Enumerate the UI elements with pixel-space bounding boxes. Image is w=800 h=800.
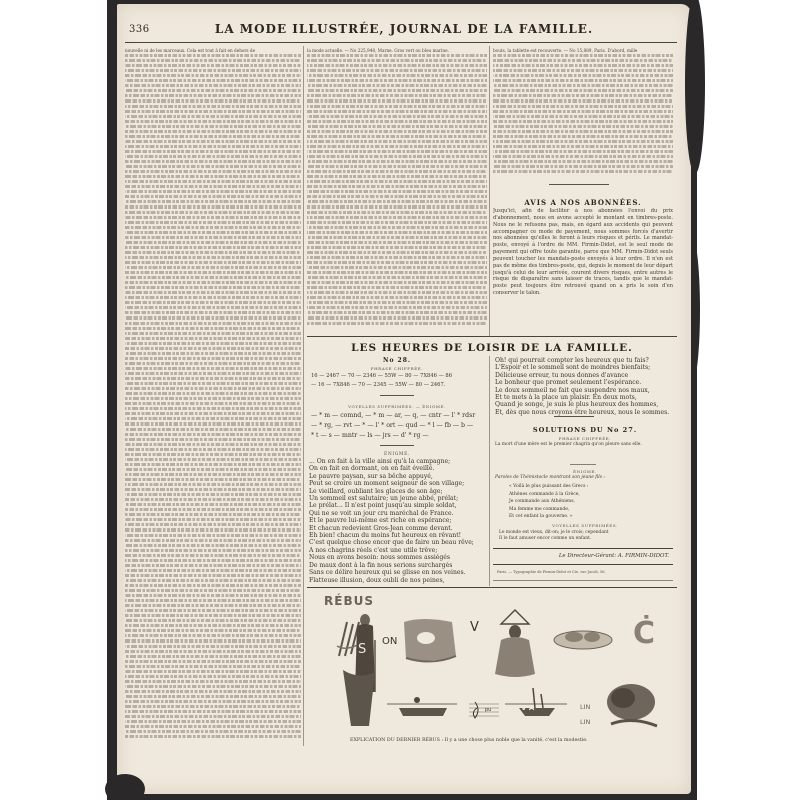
rebus-letter-v-a: V A: [521, 704, 534, 712]
column-divider: [489, 356, 490, 586]
journal-title: LA MODE ILLUSTRÉE, JOURNAL DE LA FAMILLE…: [129, 22, 679, 36]
verse-line: Oh! qui pourrait compter les heureux que…: [495, 357, 685, 364]
section-rule: [570, 464, 596, 465]
text-column-3: bouts, la tablette est recouverte. — No …: [493, 48, 673, 178]
rebus-title: RÉBUS: [309, 594, 389, 608]
text-line: [493, 169, 673, 174]
text-line: [125, 734, 301, 739]
plate-of-food-icon: [552, 626, 614, 650]
puzzle-number: No 28.: [307, 357, 487, 364]
verse-line: Le bonheur que promet seulement l'espéra…: [495, 379, 685, 386]
rebus-letter-lin-bottom: LIN: [580, 718, 590, 726]
voyelles-line-1: — * m — comnd, — * m — ar, — q, — cntr —…: [311, 411, 475, 421]
rebus-letter-pu: pu: [485, 707, 491, 713]
verse-line: Le doux sommeil ne fait que suspendre no…: [495, 387, 685, 394]
rebus-explanation: EXPLICATION DU DERNIER RÉBUS : Il y a un…: [350, 738, 588, 743]
verse-line: ... On en fait à la ville ainsi qu'à la …: [309, 458, 489, 465]
enigme-verse-continued: Oh! qui pourrait compter les heureux que…: [495, 357, 685, 416]
text-column-2: la mode actuelle. — No 225,948, Marne. G…: [307, 48, 487, 328]
loisir-rule: [307, 336, 677, 337]
verse-line: Et cet enfant la gouverne. »: [509, 513, 669, 521]
solutions-enigme-intro: Paroles de Thémistocle montrant son jeun…: [495, 475, 675, 480]
enigme-verse: ... On en fait à la ville ainsi qu'à la …: [309, 458, 489, 584]
verse-line: Le prélat... Il n'est point jusqu'au sim…: [309, 502, 489, 509]
verse-line: On en fait en dormant, on en fait éveill…: [309, 465, 489, 472]
rebus-letter-c: Ċ: [633, 616, 655, 651]
verse-line: Et chacun redevient Gros-Jean comme deva…: [309, 525, 489, 532]
rebus-letter-v: V: [470, 620, 479, 635]
printer-imprint: Paris. — Typographie de Firmin-Didot et …: [497, 570, 673, 574]
voyelles-line-2: — * rg, — rvt — * — l' * ort — qud — * l…: [311, 421, 473, 431]
verse-line: Quand je songe, je suis le plus heureux …: [495, 401, 685, 408]
verse-line: De maux dont à la fin nous serions surch…: [309, 562, 489, 569]
phrase-chiffree-line-2: — 16 — 7X846 — 70 — 2345 — 55W — 80 — 24…: [311, 381, 445, 391]
solutions-phrase-label: PHRASE CHIFFRÉE.: [495, 436, 675, 441]
verse-line: Le pauvre paysan, sur sa bêche appuyé,: [309, 473, 489, 480]
solutions-phrase-text: La mort d'une mère est le premier chagri…: [495, 442, 673, 448]
section-rule: [549, 184, 609, 185]
section-rule: [380, 395, 414, 396]
director-signature: Le Directeur-Gérant: A. FIRMIN-DIDOT.: [493, 553, 669, 559]
verse-line: Délicieuse erreur, tu nous donnes d'avan…: [495, 372, 685, 379]
verse-line: « Voilà le plus puissant des Grecs :: [509, 483, 669, 491]
avis-title: AVIS A NOS ABONNÉES.: [493, 198, 673, 207]
verse-line: Qui ne se voit un jour cru maréchal de F…: [309, 510, 489, 517]
phrase-chiffree-label: PHRASE CHIFFRÉE.: [307, 366, 487, 371]
verse-line: A nos chagrins réels c'est une utile trê…: [309, 547, 489, 554]
seated-god-figure-icon: [485, 608, 545, 680]
rebus-rule: [307, 587, 677, 588]
verse-line: Et le pauvre lui-même est riche en espér…: [309, 517, 489, 524]
torn-edge-top-right: [685, 0, 705, 174]
section-rule: [380, 445, 414, 446]
column-divider: [489, 46, 490, 336]
ruined-wall-icon: [402, 616, 458, 666]
rebus-letter-on: ON: [382, 636, 397, 647]
printer-rule-bottom: [493, 580, 673, 581]
verse-line: Flatteuse illusion, doux oubli de nos pe…: [309, 577, 489, 584]
verse-line: Et te mets à la place un plaisir. En deu…: [495, 394, 685, 401]
music-staff-clef-icon: [469, 700, 499, 726]
newspaper-page: 336 LA MODE ILLUSTRÉE, JOURNAL DE LA FAM…: [117, 4, 691, 794]
verse-line: Athènes commande à la Grèce,: [509, 491, 669, 499]
text-column-1: nouvelle ni de les marceaux. Cela est to…: [125, 48, 301, 744]
loisir-title: LES HEURES DE LOISIR DE LA FAMILLE.: [307, 342, 677, 354]
verse-line: Nous en avons besoin: nous sommes assiég…: [309, 554, 489, 561]
verse-line: Je commande aux Athéniens,: [509, 498, 669, 506]
tree-trunk-icon: [339, 670, 379, 728]
solutions-title: SOLUTIONS DU No 27.: [495, 426, 675, 434]
director-rule: [493, 548, 673, 549]
rowing-boat-icon: [387, 694, 459, 720]
verse-line: Eh bien! chacun du moins fut heureux en …: [309, 532, 489, 539]
verse-line: Peut se croire un moment seigneur de son…: [309, 480, 489, 487]
text-line: [307, 321, 487, 326]
column-divider: [303, 46, 304, 746]
verse-line: Le vieillard, oubliant les glaces de son…: [309, 488, 489, 495]
printer-rule: [493, 564, 673, 565]
enigme-label: ÉNIGME.: [307, 452, 487, 457]
sailing-boat-icon: [505, 686, 569, 722]
verse-line: Sans ce délire heureux qui se glisse en …: [309, 569, 489, 576]
voyelles-line-3: * t — s — mntr — ls — jrs — d' * rg —: [311, 431, 429, 441]
voyelles-label: VOYELLES SUPPRIMÉES. — ÉNIGME.: [307, 404, 487, 409]
page-header: 336 LA MODE ILLUSTRÉE, JOURNAL DE LA FAM…: [129, 20, 679, 40]
rebus-letter-lin-top: LIN: [580, 703, 590, 711]
verse-line: Ma femme me commande,: [509, 506, 669, 514]
verse-line: C'est quelque chose encor que de faire u…: [309, 539, 489, 546]
header-rule: [125, 42, 677, 43]
torn-edge-bottom-left: [105, 774, 145, 800]
solutions-enigme-lines: « Voilà le plus puissant des Grecs :Athè…: [509, 483, 669, 521]
solutions-voyelles-line-2: Il le faut amuser encor comme un enfant.: [499, 536, 677, 542]
section-rule: [554, 416, 594, 417]
verse-line: Un sommeil est salutaire; un jeune abbé,…: [309, 495, 489, 502]
solutions-voyelles-label: VOYELLES SUPPRIMÉES.: [495, 523, 675, 528]
rebus-letter-s: S: [358, 642, 366, 657]
avis-text: Jusqu'ici, afin de faciliter à nos abonn…: [493, 208, 673, 332]
verse-line: L'Espoir et le sommeil sont de moindres …: [495, 364, 685, 371]
solutions-enigme-label: ÉNIGME.: [495, 469, 675, 474]
bush-tree-icon: [601, 680, 661, 732]
